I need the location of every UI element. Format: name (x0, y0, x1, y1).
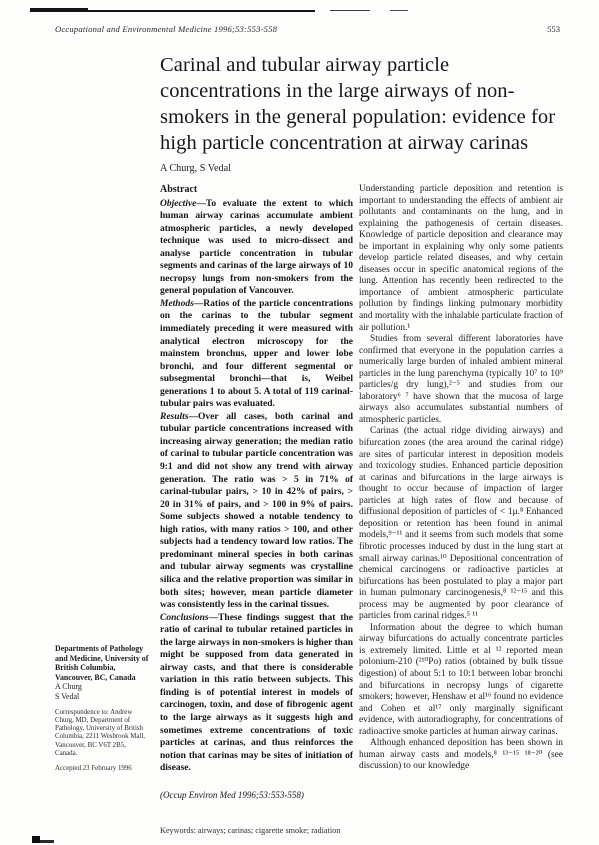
abstract-section-label: Objective (160, 199, 196, 209)
abstract-section-label: Methods (160, 299, 194, 309)
abstract-section-text: —Ratios of the particle concentrations o… (160, 299, 353, 409)
body-paragraph: Carinas (the actual ridge dividing airwa… (359, 426, 563, 622)
body-paragraph: Understanding particle deposition and re… (359, 184, 563, 334)
abstract-column: Abstract Objective—To evaluate the exten… (160, 184, 353, 838)
abstract-section-conclusions: Conclusions—These findings suggest that … (160, 612, 353, 775)
abstract-section-methods: Methods—Ratios of the particle concentra… (160, 298, 353, 411)
correspondence-note: Correspondence to: Andrew Churg, MD, Dep… (55, 709, 149, 759)
body-paragraph: Information about the degree to which hu… (359, 623, 563, 738)
abstract-heading: Abstract (160, 184, 353, 197)
abstract-section-text: —Over all cases, both carinal and tubula… (160, 412, 353, 610)
body-column: Understanding particle deposition and re… (359, 184, 563, 773)
abstract-section-label: Conclusions (160, 613, 209, 623)
abstract-section-text: —These findings suggest that the ratio o… (160, 613, 353, 774)
journal-page: Occupational and Environmental Medicine … (0, 0, 599, 845)
affiliation-sidebar: Departments of Pathology and Medicine, U… (55, 644, 149, 781)
scan-artifact-bottom-mark (32, 836, 40, 843)
running-head: Occupational and Environmental Medicine … (55, 24, 560, 34)
abstract-citation: (Occup Environ Med 1996;53:553-558) (160, 789, 353, 802)
abstract-section-text: —To evaluate the extent to which human a… (160, 199, 353, 297)
scan-artifact-bottom-smudge (40, 840, 54, 843)
scan-artifact-dash (390, 10, 408, 11)
scan-artifact-dash (330, 10, 370, 11)
body-paragraph: Studies from several different laborator… (359, 334, 563, 426)
abstract-section-label: Results (160, 412, 189, 422)
journal-citation: Occupational and Environmental Medicine … (55, 24, 277, 34)
scan-artifact-top-blob (30, 8, 88, 12)
accepted-note: Accepted 23 February 1996 (55, 765, 149, 773)
sidebar-affiliation: Departments of Pathology and Medicine, U… (55, 644, 149, 682)
authors-line: A Churg, S Vedal (160, 163, 460, 174)
article-title: Carinal and tubular airway particle conc… (160, 52, 568, 156)
abstract-section-objective: Objective—To evaluate the extent to whic… (160, 198, 353, 298)
sidebar-author: A Churg (55, 682, 149, 692)
page-number: 553 (547, 24, 560, 34)
sidebar-author: S Vedal (55, 692, 149, 702)
body-paragraph: Although enhanced deposition has been sh… (359, 738, 563, 773)
abstract-section-results: Results—Over all cases, both carinal and… (160, 411, 353, 612)
keywords-line: Keywords: airways; carinas; cigarette sm… (160, 825, 353, 838)
